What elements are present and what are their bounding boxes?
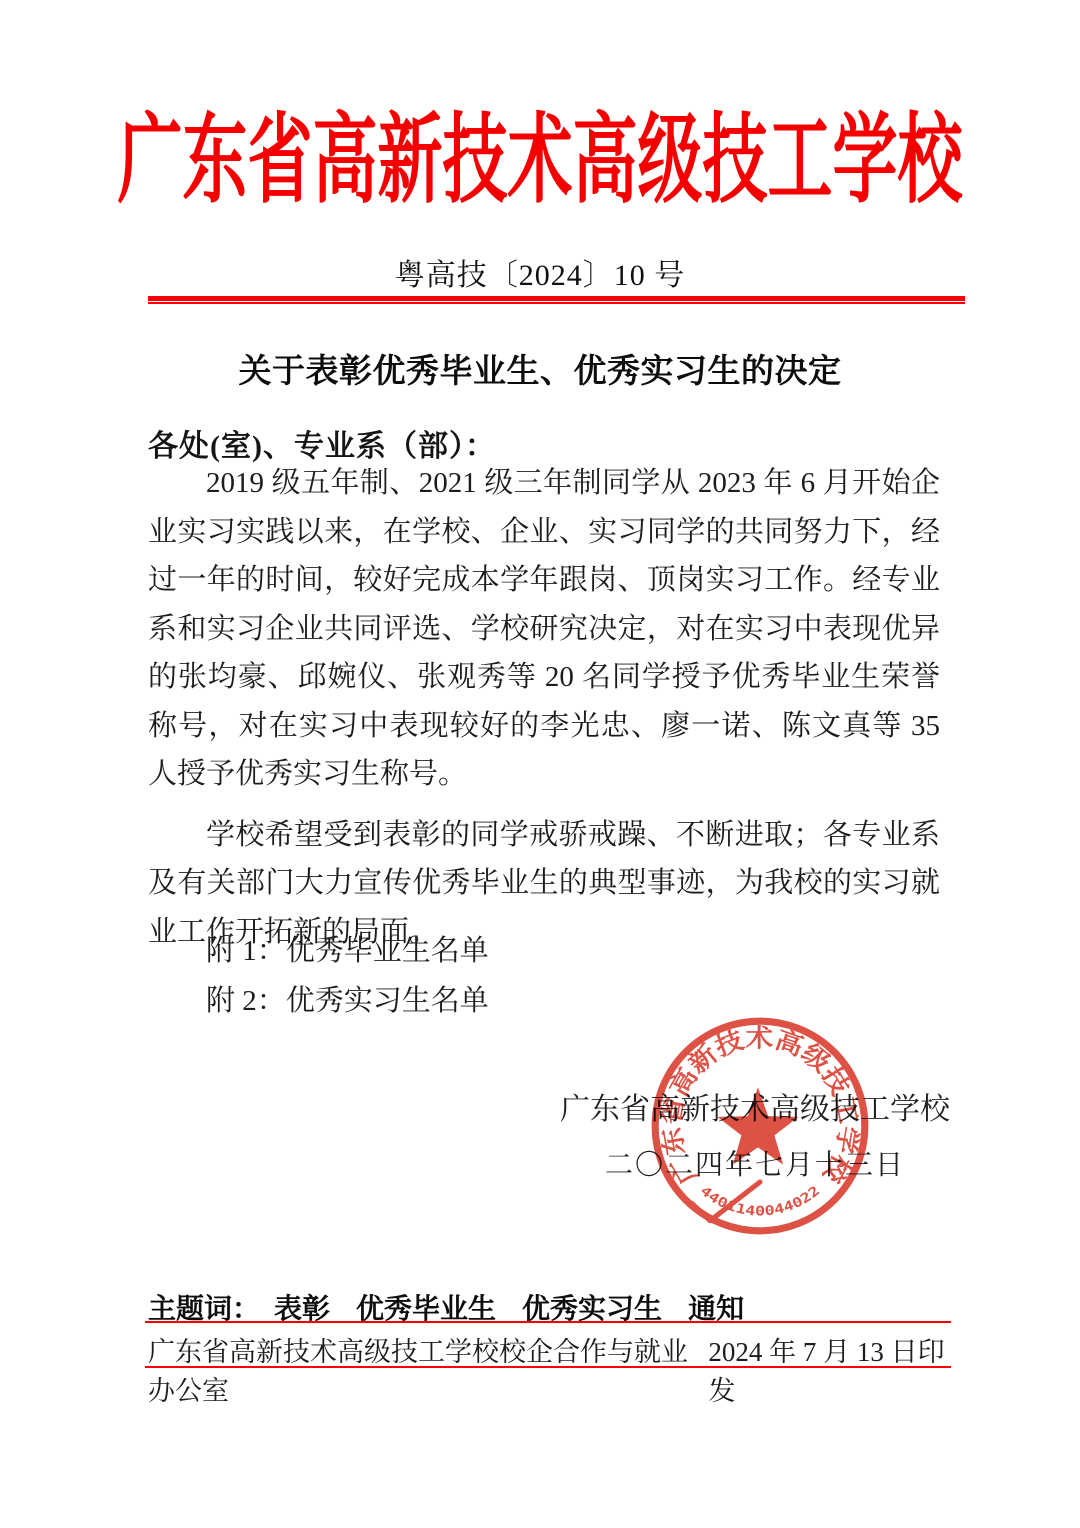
attachment-list: 附 1：优秀毕业生名单 附 2：优秀实习生名单 xyxy=(148,926,940,1026)
document-body: 2019 级五年制、2021 级三年制同学从 2023 年 6 月开始企业实习实… xyxy=(148,459,940,956)
document-number: 粤高技〔2024〕10 号 xyxy=(0,250,1080,294)
attachment-item: 附 1：优秀毕业生名单 xyxy=(148,926,940,976)
letterhead-school-name: 广东省高新技术高级技工学校 xyxy=(0,114,1080,212)
issuer-row: 广东省高新技术高级技工学校校企合作与就业办公室 2024 年 7 月 13 日印… xyxy=(148,1330,946,1408)
document-title: 关于表彰优秀毕业生、优秀实习生的决定 xyxy=(0,345,1080,392)
official-document-page: 广东省高新技术高级技工学校 粤高技〔2024〕10 号 关于表彰优秀毕业生、优秀… xyxy=(0,0,1080,1528)
footer-separator-line xyxy=(145,1366,951,1368)
seal-star-icon xyxy=(717,1087,798,1164)
letterhead-separator-line xyxy=(148,296,965,304)
print-date: 2024 年 7 月 13 日印发 xyxy=(708,1330,946,1408)
issuing-office: 广东省高新技术高级技工学校校企合作与就业办公室 xyxy=(148,1330,708,1408)
footer-separator-line xyxy=(145,1321,951,1323)
official-seal-stamp: 广东省高新技术高级技工学校 4401140044022 xyxy=(646,1012,874,1240)
body-paragraph: 2019 级五年制、2021 级三年制同学从 2023 年 6 月开始企业实习实… xyxy=(148,459,940,799)
